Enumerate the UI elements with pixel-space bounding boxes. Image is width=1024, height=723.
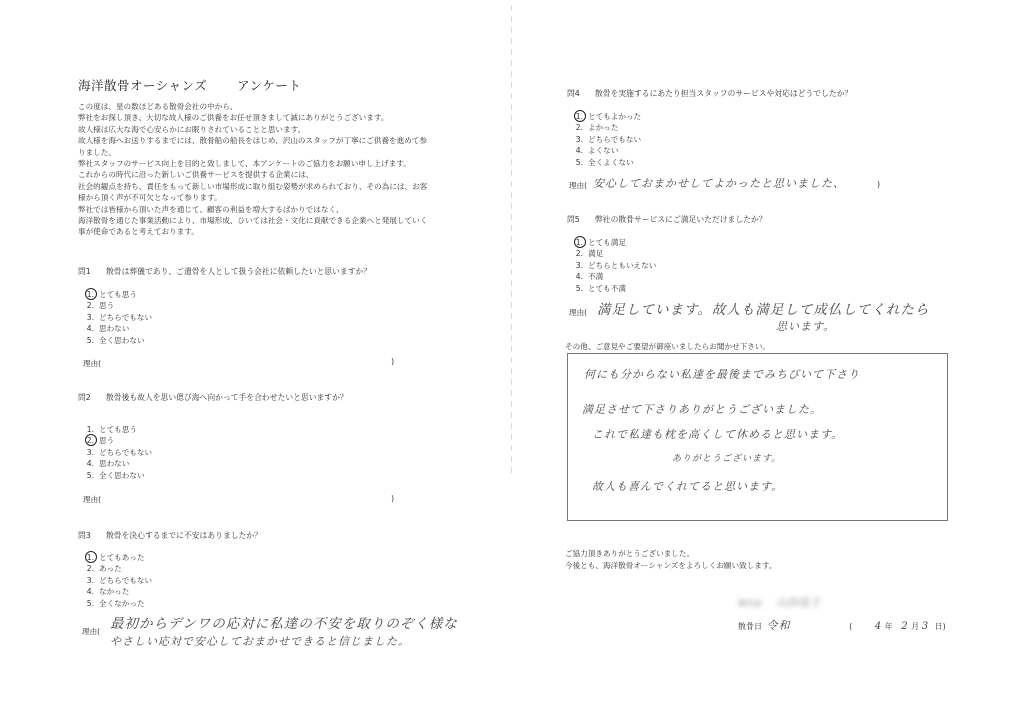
option-2-selected[interactable]: 2.思う: [80, 435, 152, 446]
date-open-paren: (: [849, 622, 852, 631]
option-4[interactable]: 4.思わない: [80, 458, 152, 469]
question-5-title: 問5弊社の散骨サービスにご満足いただけましたか？: [567, 214, 767, 225]
question-4-reason-label: 理由(: [569, 180, 587, 191]
option-1-selected[interactable]: 1.とてもよかった: [569, 111, 641, 122]
title-survey: アンケート: [237, 78, 301, 93]
intro-line: 弊社スタッフのサービス向上を目的と致しまして、本アンケートのご協力をお願い申し上…: [78, 158, 427, 169]
option-5[interactable]: 5.とても不満: [569, 283, 656, 294]
option-1-selected[interactable]: 1.とても思う: [80, 289, 152, 300]
option-label: 思う: [99, 436, 114, 445]
question-text: 散骨を実施するにあたり担当スタッフのサービスや対応はどうでしたか？: [595, 89, 852, 98]
option-number: 5.: [80, 470, 94, 481]
option-label: 全くなかった: [99, 599, 145, 608]
option-label: 思わない: [99, 324, 129, 333]
intro-line: 故人様を海へお送りするまでには、散骨船の船長をはじめ、沢山のスタッフが丁寧にご供…: [78, 135, 427, 146]
intro-line: 事が使命であると考えております。: [78, 226, 427, 237]
date-month: 2: [901, 621, 908, 632]
question-text: 散骨は葬儀であり、ご遺骨を人として扱う会社に依頼したいと思いますか？: [106, 267, 371, 276]
survey-page-left: 海洋散骨オーシャンズアンケート この度は、星の数ほどある散骨会社の中から、 弊社…: [0, 0, 511, 723]
intro-line: 社会的観点を持ち、責任をもって新しい市場形成に取り組む姿勢が求められており、その…: [78, 181, 427, 192]
question-3-reason-handwritten-line-2: やさしい応対で安心しておまかせできると信じました。: [110, 633, 410, 649]
closing-line: 今後とも、海洋散骨オーシャンズをよろしくお願い致します。: [565, 560, 776, 572]
question-text: 散骨を決心するまでに不安はありましたか？: [106, 531, 262, 540]
option-5[interactable]: 5.全く思わない: [80, 470, 152, 481]
date-era: 令和: [767, 619, 791, 632]
question-number: 問1: [78, 266, 106, 277]
question-number: 問2: [78, 392, 106, 403]
intro-line: りました。: [78, 147, 427, 158]
comments-prompt: その他、ご意見やご要望が御座いましたらお聞かせ下さい。: [565, 341, 770, 352]
option-label: どちらでもない: [99, 576, 152, 585]
option-2[interactable]: 2.よかった: [569, 122, 641, 133]
question-text: 弊社の散骨サービスにご満足いただけましたか？: [595, 215, 767, 224]
option-label: よくない: [588, 146, 618, 155]
question-3-reason-label: 理由(: [82, 626, 100, 637]
option-label: あった: [99, 564, 122, 573]
question-2-reason-label: 理由(: [83, 494, 101, 505]
intro-paragraph: この度は、星の数ほどある散骨会社の中から、 弊社をお探し頂き、大切な故人様のご供…: [78, 101, 427, 238]
question-4-reason-close: ): [877, 180, 880, 189]
option-label: なかった: [99, 587, 129, 596]
option-1-selected[interactable]: 1.とてもあった: [80, 552, 152, 563]
question-number: 問4: [567, 88, 595, 99]
closing-text: ご協力頂きありがとうございました。 今後とも、海洋散骨オーシャンズをよろしくお願…: [565, 548, 776, 572]
option-label: 全くよくない: [588, 158, 634, 167]
question-1-reason-label: 理由(: [83, 358, 101, 369]
option-number: 5.: [569, 283, 583, 294]
option-number: 2.: [80, 435, 94, 446]
option-label: とてもよかった: [588, 112, 641, 121]
option-label: とても不満: [588, 284, 626, 293]
option-label: 思わない: [99, 459, 129, 468]
option-2[interactable]: 2.思う: [80, 300, 152, 311]
intro-line: この度は、星の数ほどある散骨会社の中から、: [78, 101, 427, 112]
option-number: 5.: [569, 157, 583, 168]
option-number: 5.: [80, 335, 94, 346]
option-number: 5.: [80, 598, 94, 609]
name-value: 山田花子: [778, 596, 822, 609]
intro-line: 海洋散骨を通じた事業活動により、市場形成、ひいては社会・文化に貢献できる企業へと…: [78, 215, 427, 226]
question-4-reason-handwritten: 安心しておまかせしてよかったと思いました、: [593, 175, 845, 191]
title-company: 海洋散骨オーシャンズ: [78, 78, 207, 93]
option-label: どちらともいえない: [588, 261, 656, 270]
option-label: とてもあった: [99, 553, 145, 562]
option-label: 不満: [588, 272, 603, 281]
question-2-title: 問2散骨後も故人を思い偲び海へ向かって手を合わせたいと思いますか？: [78, 392, 348, 403]
option-5[interactable]: 5.全く思わない: [80, 335, 152, 346]
option-number: 4.: [80, 586, 94, 597]
option-number: 4.: [80, 323, 94, 334]
option-3[interactable]: 3.どちらでもない: [80, 575, 152, 586]
comment-line-4: ありがとうございます。: [672, 451, 781, 464]
intro-line: 弊社では皆様から頂いた声を通じて、顧客の利益を増大するばかりではなく、: [78, 204, 427, 215]
option-label: どちらでもない: [99, 448, 152, 457]
question-5-reason-handwritten-line-1: 満足しています。故人も満足して成仏してくれたら: [597, 298, 929, 318]
scattering-date: 散骨日 令和 ( 4 年 2 月 3 日): [738, 617, 946, 633]
question-5-reason-handwritten-line-2: 思います。: [776, 318, 835, 334]
question-4-options: 1.とてもよかった 2.よかった 3.どちらでもない 4.よくない 5.全くよく…: [569, 111, 641, 168]
intro-line: 弊社をお探し頂き、大切な故人様のご供養をお任せ頂きまして誠にありがとうございます…: [78, 112, 427, 123]
option-3[interactable]: 3.どちらでもない: [80, 312, 152, 323]
option-number: 4.: [569, 145, 583, 156]
option-number: 1.: [80, 552, 94, 563]
intro-line: 様から頂く声が不可欠となって参ります。: [78, 192, 427, 203]
question-3-title: 問3散骨を決心するまでに不安はありましたか？: [78, 530, 262, 541]
date-month-unit: 月: [911, 622, 919, 631]
option-label: どちらでもない: [588, 135, 641, 144]
question-3-options: 1.とてもあった 2.あった 3.どちらでもない 4.なかった 5.全くなかった: [80, 552, 152, 609]
option-label: よかった: [588, 123, 618, 132]
date-year: 4: [875, 621, 882, 632]
question-text: 散骨後も故人を思い偲び海へ向かって手を合わせたいと思いますか？: [106, 393, 348, 402]
option-number: 1.: [569, 237, 583, 248]
comment-line-3: これで私達も枕を高くして休めると思います。: [592, 426, 843, 442]
option-number: 2.: [80, 563, 94, 574]
option-label: とても満足: [588, 238, 626, 247]
option-number: 3.: [80, 447, 94, 458]
question-number: 問3: [78, 530, 106, 541]
option-label: どちらでもない: [99, 313, 152, 322]
date-year-unit: 年: [885, 622, 893, 631]
option-label: 満足: [588, 249, 603, 258]
option-4[interactable]: 4.よくない: [569, 145, 641, 156]
option-label: 全く思わない: [99, 471, 145, 480]
option-2[interactable]: 2.あった: [80, 563, 152, 574]
option-3[interactable]: 3.どちらでもない: [80, 447, 152, 458]
intro-line: これからの時代に沿った新しいご供養サービスを提供する企業には、: [78, 169, 427, 180]
question-4-title: 問4散骨を実施するにあたり担当スタッフのサービスや対応はどうでしたか？: [567, 88, 852, 99]
question-5-options: 1.とても満足 2.満足 3.どちらともいえない 4.不満 5.とても不満: [569, 237, 656, 294]
option-number: 3.: [80, 312, 94, 323]
option-number: 3.: [80, 575, 94, 586]
option-3[interactable]: 3.どちらともいえない: [569, 260, 656, 271]
option-label: とても思う: [99, 425, 137, 434]
date-day: 3: [922, 621, 929, 632]
option-number: 2.: [569, 248, 583, 259]
comment-line-2: 満足させて下さりありがとうございました。: [582, 401, 822, 417]
question-1-options: 1.とても思う 2.思う 3.どちらでもない 4.思わない 5.全く思わない: [80, 289, 152, 346]
option-number: 2.: [80, 300, 94, 311]
question-number: 問5: [567, 214, 595, 225]
question-5-reason-label: 理由(: [569, 307, 587, 318]
customer-name-blurred: 御名前 山田花子: [738, 594, 822, 610]
option-3[interactable]: 3.どちらでもない: [569, 134, 641, 145]
option-number: 4.: [569, 271, 583, 282]
option-2[interactable]: 2.満足: [569, 248, 656, 259]
option-number: 3.: [569, 260, 583, 271]
question-1-title: 問1散骨は葬儀であり、ご遺骨を人として扱う会社に依頼したいと思いますか？: [78, 266, 371, 277]
option-label: とても思う: [99, 290, 137, 299]
question-2-options: 1.とても思う 2.思う 3.どちらでもない 4.思わない 5.全く思わない: [80, 424, 152, 481]
name-label: 御名前: [738, 599, 762, 608]
option-number: 2.: [569, 122, 583, 133]
option-number: 1.: [569, 111, 583, 122]
option-label: 全く思わない: [99, 336, 145, 345]
question-1-reason-close: ): [391, 357, 394, 366]
option-5[interactable]: 5.全くなかった: [80, 598, 152, 609]
document-title: 海洋散骨オーシャンズアンケート: [78, 76, 301, 94]
option-4[interactable]: 4.不満: [569, 271, 656, 282]
option-5[interactable]: 5.全くよくない: [569, 157, 641, 168]
option-4[interactable]: 4.思わない: [80, 323, 152, 334]
comment-line-1: 何にも分からない私達を最後までみちびいて下さり: [584, 366, 860, 382]
intro-line: 故人様は広大な海で心安らかにお眠りされていることと思います。: [78, 124, 427, 135]
closing-line: ご協力頂きありがとうございました。: [565, 548, 776, 560]
question-3-reason-handwritten-line-1: 最初からデンワの応対に私達の不安を取りのぞく様な: [110, 612, 458, 632]
option-number: 3.: [569, 134, 583, 145]
comment-line-5: 故人も喜んでくれてると思います。: [592, 478, 783, 494]
date-label: 散骨日: [738, 622, 762, 631]
date-day-unit: 日): [935, 622, 946, 631]
question-2-reason-close: ): [391, 494, 394, 503]
option-number: 4.: [80, 458, 94, 469]
option-4[interactable]: 4.なかった: [80, 586, 152, 597]
option-1-selected[interactable]: 1.とても満足: [569, 237, 656, 248]
option-number: 1.: [80, 289, 94, 300]
option-label: 思う: [99, 301, 114, 310]
